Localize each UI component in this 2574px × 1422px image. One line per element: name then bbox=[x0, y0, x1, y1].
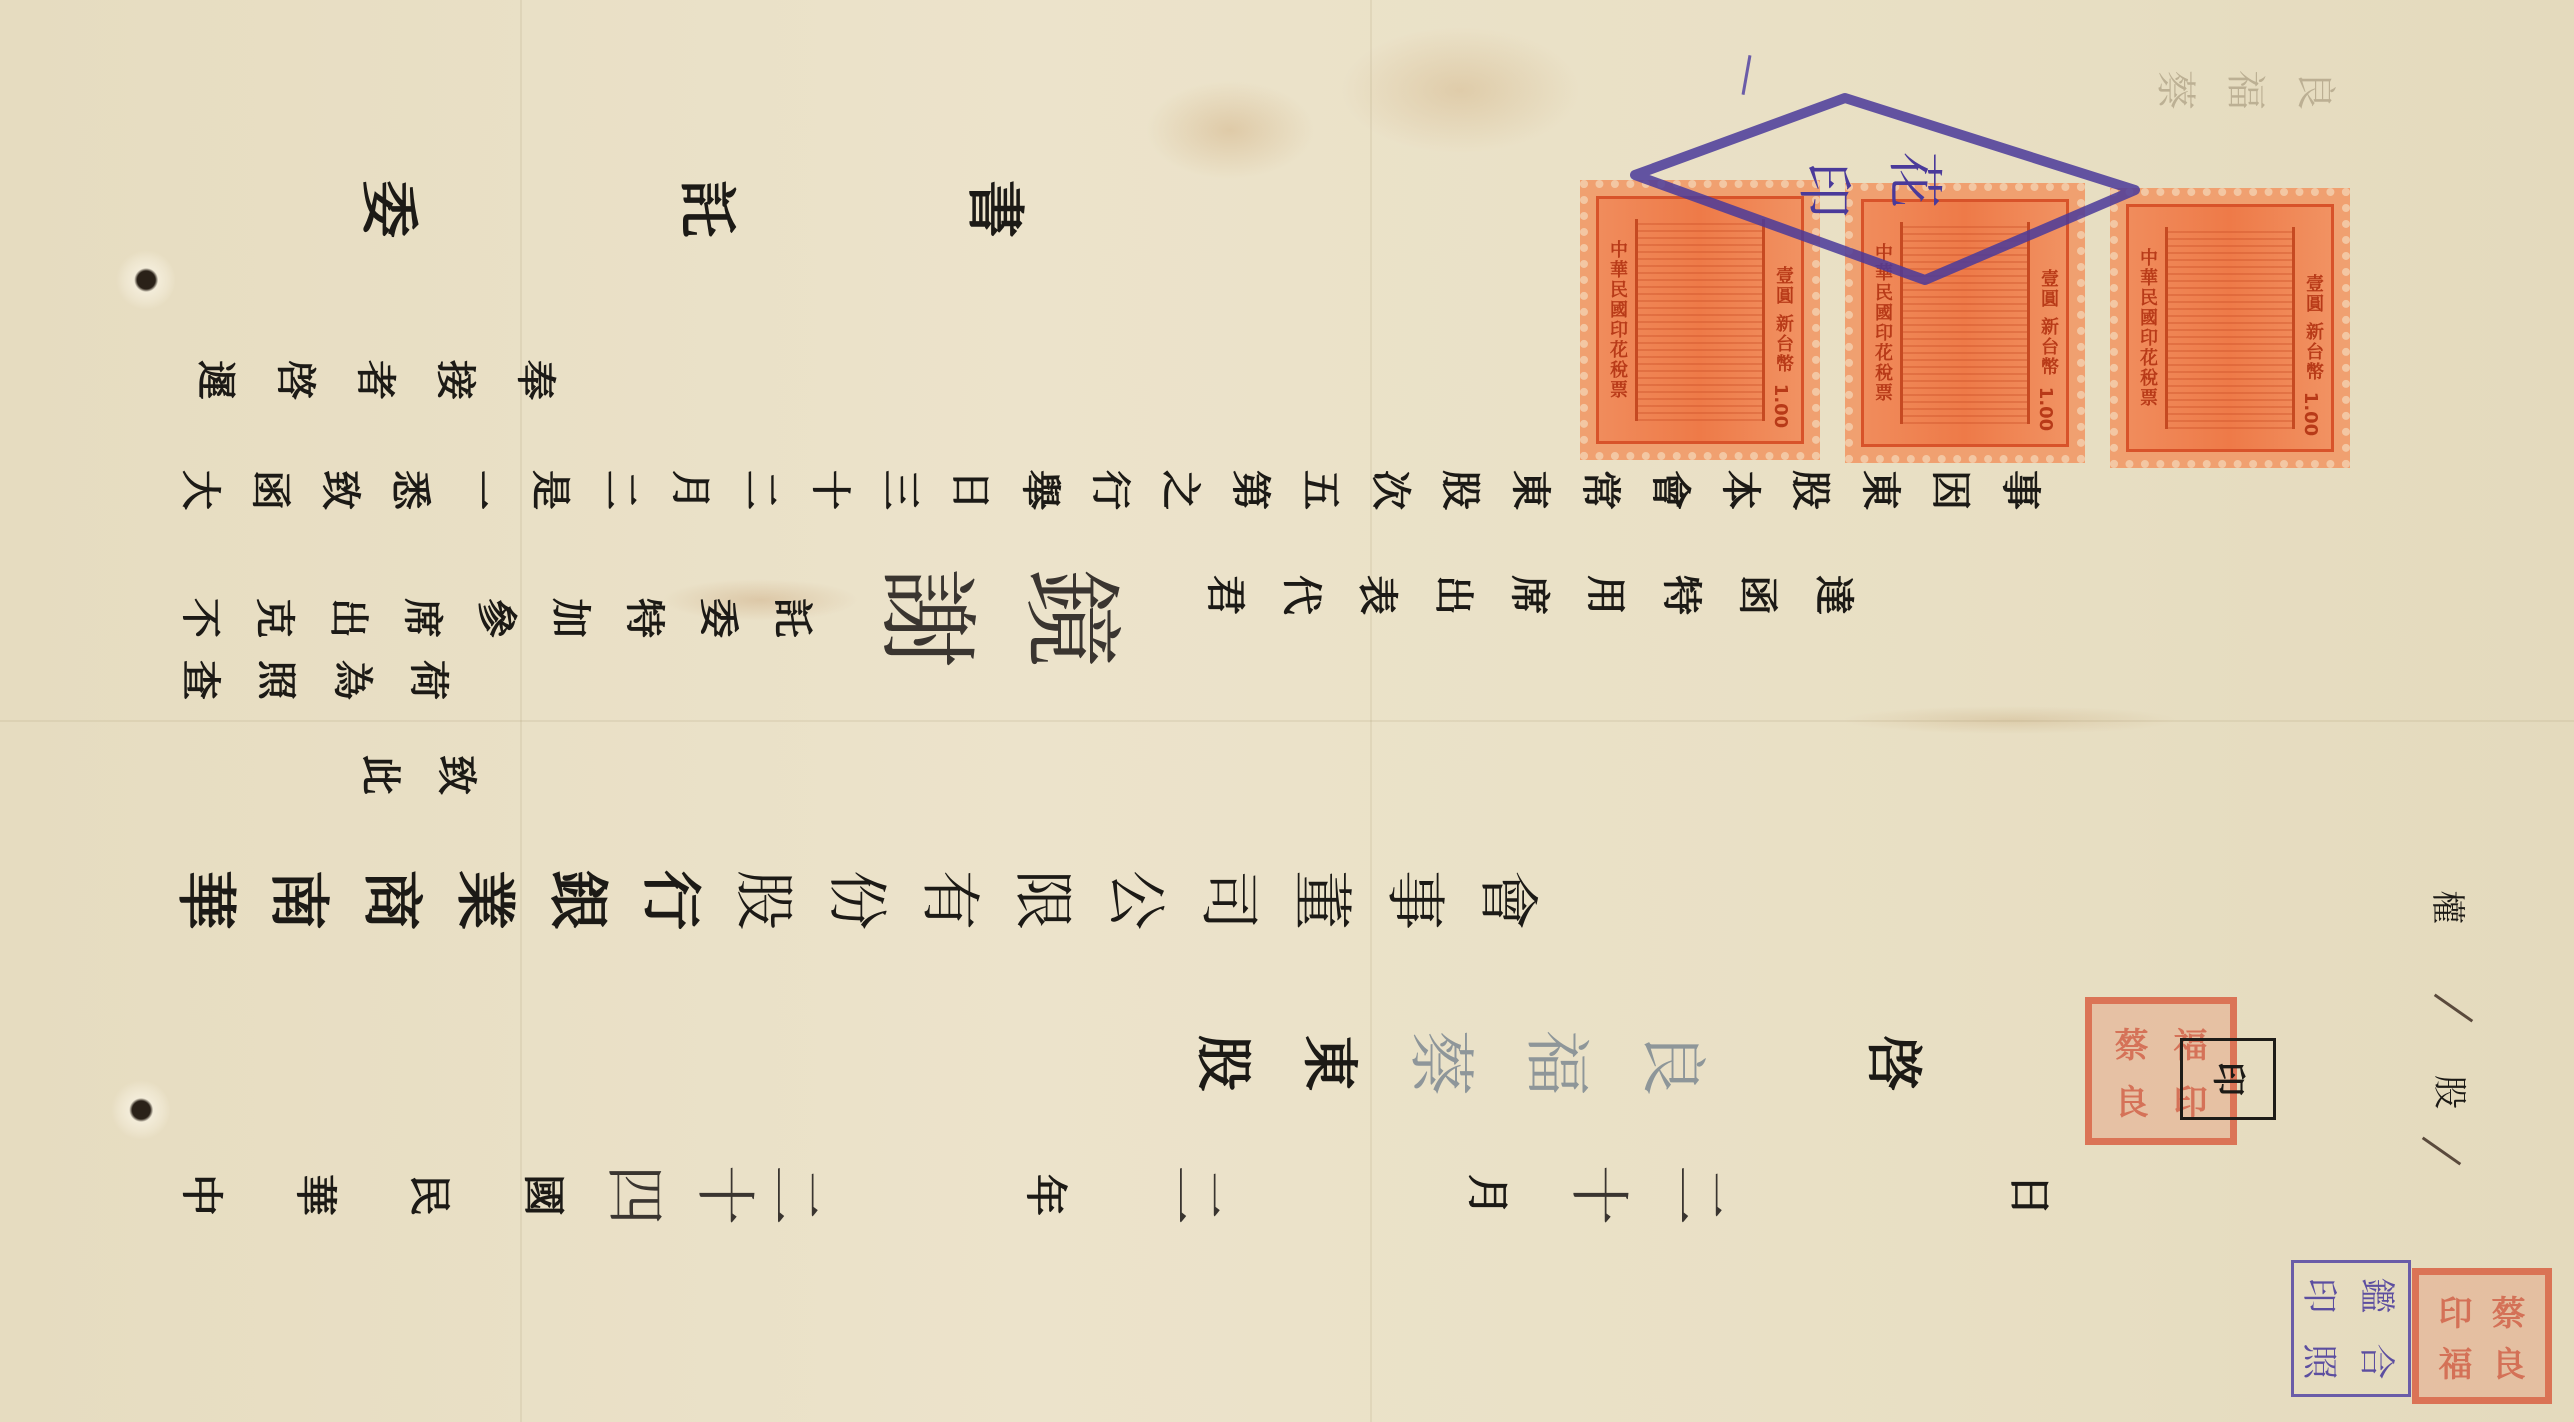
body-char: 二 bbox=[600, 470, 640, 510]
body-char: 函 bbox=[1737, 575, 1777, 615]
heading-char: 份 bbox=[826, 870, 886, 930]
body-char: 者 bbox=[355, 360, 395, 400]
body-char: 致 bbox=[320, 470, 360, 510]
date-char: 中 bbox=[180, 1174, 222, 1216]
ghost-char: 良 bbox=[2295, 70, 2335, 110]
body-char: 會 bbox=[1650, 470, 1690, 510]
body-char: 此 bbox=[360, 755, 400, 795]
ghost-char: 福 bbox=[2225, 70, 2265, 110]
heading-char: 董 bbox=[1291, 870, 1351, 930]
cancellation-mark: 印 花 bbox=[1625, 90, 2145, 290]
body-char: 本 bbox=[1720, 470, 1760, 510]
body-char: 接 bbox=[435, 360, 475, 400]
proxy-signature: 鏡 bbox=[1020, 568, 1120, 668]
body-char: 奉 bbox=[515, 360, 555, 400]
body-char: 不 bbox=[180, 598, 220, 638]
heading-char: 公 bbox=[1105, 870, 1165, 930]
punch-hole bbox=[115, 250, 175, 310]
body-char: 席 bbox=[1509, 575, 1549, 615]
shares-field: 權 bbox=[2430, 890, 2464, 924]
body-char: 十 bbox=[810, 470, 850, 510]
punch-hole bbox=[110, 1080, 170, 1140]
corner-seal: 印 蔡 福 良 bbox=[2412, 1268, 2552, 1404]
stamp-frame: 中華民國印花稅票 壹圓 新台幣 1.00 bbox=[2126, 204, 2334, 452]
body-char: 出 bbox=[1433, 575, 1473, 615]
heading-char: 事 bbox=[1384, 870, 1444, 930]
body-char: 之 bbox=[1160, 470, 1200, 510]
body-char: 悉 bbox=[390, 470, 430, 510]
document-title: 委 託 書 bbox=[360, 180, 1024, 238]
body-char: 五 bbox=[1300, 470, 1340, 510]
date-day-char: 二 bbox=[1668, 1165, 1728, 1225]
body-char: 日 bbox=[950, 470, 990, 510]
body-char: 遲 bbox=[195, 360, 235, 400]
body-char: 特 bbox=[1661, 575, 1701, 615]
body-char: 為 bbox=[332, 660, 372, 700]
verify-char: 合 bbox=[2354, 1343, 2405, 1379]
body-line-3b: 君 代 表 出 席 用 特 函 達 bbox=[1205, 575, 1853, 615]
cancel-char: 印 bbox=[1788, 162, 1868, 218]
shares-field-char: 權 bbox=[2430, 890, 2464, 924]
seal-glyph: 良 bbox=[2492, 1337, 2526, 1386]
date-year-char: 二 bbox=[764, 1165, 824, 1225]
body-char: 啓 bbox=[275, 360, 315, 400]
heading-char: 會 bbox=[1477, 870, 1537, 930]
heading-char: 行 bbox=[640, 870, 700, 930]
body-char: 舉 bbox=[1020, 470, 1060, 510]
verify-char: 鑑 bbox=[2354, 1278, 2405, 1314]
body-char: 常 bbox=[1580, 470, 1620, 510]
body-char: 大 bbox=[180, 470, 220, 510]
title-char: 委 bbox=[360, 180, 418, 238]
seal-glyphs: 印 蔡 福 良 bbox=[2429, 1285, 2535, 1387]
heading-char: 股 bbox=[733, 870, 793, 930]
body-char: 第 bbox=[1230, 470, 1270, 510]
body-char: 股 bbox=[1790, 470, 1830, 510]
body-char: 加 bbox=[550, 598, 590, 638]
title-char: 書 bbox=[966, 180, 1024, 238]
seal-verification-stamp: 印 鑑 照 合 bbox=[2291, 1260, 2411, 1397]
body-char: 東 bbox=[1510, 470, 1550, 510]
verify-char: 照 bbox=[2297, 1343, 2348, 1379]
heading-char: 華 bbox=[175, 870, 235, 930]
seal-glyph: 蔡 bbox=[2115, 1018, 2149, 1067]
date-char: 華 bbox=[294, 1174, 336, 1216]
title-char: 託 bbox=[678, 180, 736, 238]
ghost-char: 蔡 bbox=[2155, 70, 2195, 110]
body-char: 託 bbox=[772, 598, 812, 638]
revenue-stamp: 中華民國印花稅票 壹圓 新台幣 1.00 bbox=[2110, 188, 2350, 468]
date-char: 國 bbox=[522, 1174, 564, 1216]
body-char: 因 bbox=[1930, 470, 1970, 510]
stamp-value: 1.00 bbox=[2023, 395, 2069, 423]
heading-char: 司 bbox=[1198, 870, 1258, 930]
body-char: 事 bbox=[2000, 470, 2040, 510]
body-char: 行 bbox=[1090, 470, 1130, 510]
seal-placement-box: 印 bbox=[2180, 1038, 2276, 1120]
body-char: 代 bbox=[1281, 575, 1321, 615]
seal-glyph: 蔡 bbox=[2492, 1286, 2526, 1335]
body-char: 出 bbox=[328, 598, 368, 638]
body-char: 次 bbox=[1370, 470, 1410, 510]
body-char: 達 bbox=[1813, 575, 1853, 615]
body-char: 參 bbox=[476, 598, 516, 638]
seal-glyph: 福 bbox=[2439, 1337, 2473, 1386]
date-year-char: 十 bbox=[694, 1165, 754, 1225]
shares-field-char: 股 bbox=[2432, 1075, 2466, 1109]
body-char: 二 bbox=[740, 470, 780, 510]
body-line-1: 遲 啓 者 接 奉 bbox=[195, 360, 555, 400]
date-day-char: 十 bbox=[1568, 1165, 1628, 1225]
date-char: 民 bbox=[408, 1174, 450, 1216]
heading-char: 業 bbox=[454, 870, 514, 930]
body-line-3a: 不 克 出 席 參 加 特 委 託 謝 鏡 bbox=[180, 568, 1120, 668]
body-char: 用 bbox=[1585, 575, 1625, 615]
body-char: 致 bbox=[436, 755, 476, 795]
addressee-heading: 華 南 商 業 銀 行 股 份 有 限 公 司 董 事 會 bbox=[175, 870, 1537, 930]
date-year-char: 四 bbox=[604, 1165, 664, 1225]
seal-box-label: 印 bbox=[2211, 1062, 2245, 1096]
seal-glyph: 印 bbox=[2439, 1286, 2473, 1335]
body-char: 函 bbox=[250, 470, 290, 510]
heading-char: 有 bbox=[919, 870, 979, 930]
body-char: 查 bbox=[180, 660, 220, 700]
body-char: 月 bbox=[670, 470, 710, 510]
heading-char: 商 bbox=[361, 870, 421, 930]
body-char: 克 bbox=[254, 598, 294, 638]
fold-crease bbox=[0, 720, 2574, 722]
date-month-unit: 月 bbox=[1466, 1174, 1508, 1216]
stamp-value: 1.00 bbox=[2288, 400, 2334, 428]
proxy-signature: 謝 bbox=[876, 568, 976, 668]
shareholder-name-char: 蔡 bbox=[1407, 1030, 1473, 1096]
body-char: 照 bbox=[256, 660, 296, 700]
body-char: 是 bbox=[530, 470, 570, 510]
heading-char: 銀 bbox=[547, 870, 607, 930]
stamp-value: 1.00 bbox=[1758, 392, 1804, 420]
body-char: 特 bbox=[624, 598, 664, 638]
body-char: 荷 bbox=[408, 660, 448, 700]
body-line-2: 大 函 致 悉 一 是 二 月 二 十 三 日 舉 行 之 第 五 次 股 東 … bbox=[180, 470, 2040, 510]
ghost-mark: 蔡 福 良 bbox=[2155, 70, 2335, 110]
shareholder-line: 股 東 蔡 福 良 啓 bbox=[1195, 1030, 1921, 1096]
body-char: 席 bbox=[402, 598, 442, 638]
body-char: 君 bbox=[1205, 575, 1245, 615]
body-char: 三 bbox=[880, 470, 920, 510]
body-line-4: 查 照 為 荷 bbox=[180, 660, 448, 700]
stamp-bridge-illustration bbox=[2165, 227, 2295, 429]
heading-char: 南 bbox=[268, 870, 328, 930]
date-month-char: 二 bbox=[1166, 1165, 1226, 1225]
body-char: 委 bbox=[698, 598, 738, 638]
cancel-char: 花 bbox=[1878, 152, 1958, 208]
date-day-unit: 日 bbox=[2008, 1174, 2050, 1216]
seal-glyph: 良 bbox=[2115, 1075, 2149, 1124]
shareholder-label-char: 股 bbox=[1195, 1035, 1251, 1091]
closing-char: 啓 bbox=[1865, 1035, 1921, 1091]
body-char: 表 bbox=[1357, 575, 1397, 615]
shares-field: 股 bbox=[2432, 1075, 2466, 1109]
heading-char: 限 bbox=[1012, 870, 1072, 930]
verify-char: 印 bbox=[2297, 1278, 2348, 1314]
body-char: 一 bbox=[460, 470, 500, 510]
date-line: 中 華 民 國 四 十 二 年 二 月 十 二 日 bbox=[180, 1165, 2050, 1225]
shareholder-name-char: 福 bbox=[1523, 1030, 1589, 1096]
body-char: 股 bbox=[1440, 470, 1480, 510]
body-char: 東 bbox=[1860, 470, 1900, 510]
shareholder-label-char: 東 bbox=[1301, 1035, 1357, 1091]
shareholder-name-char: 良 bbox=[1639, 1030, 1705, 1096]
body-line-5: 此 致 bbox=[360, 755, 476, 795]
date-year-unit: 年 bbox=[1024, 1174, 1066, 1216]
